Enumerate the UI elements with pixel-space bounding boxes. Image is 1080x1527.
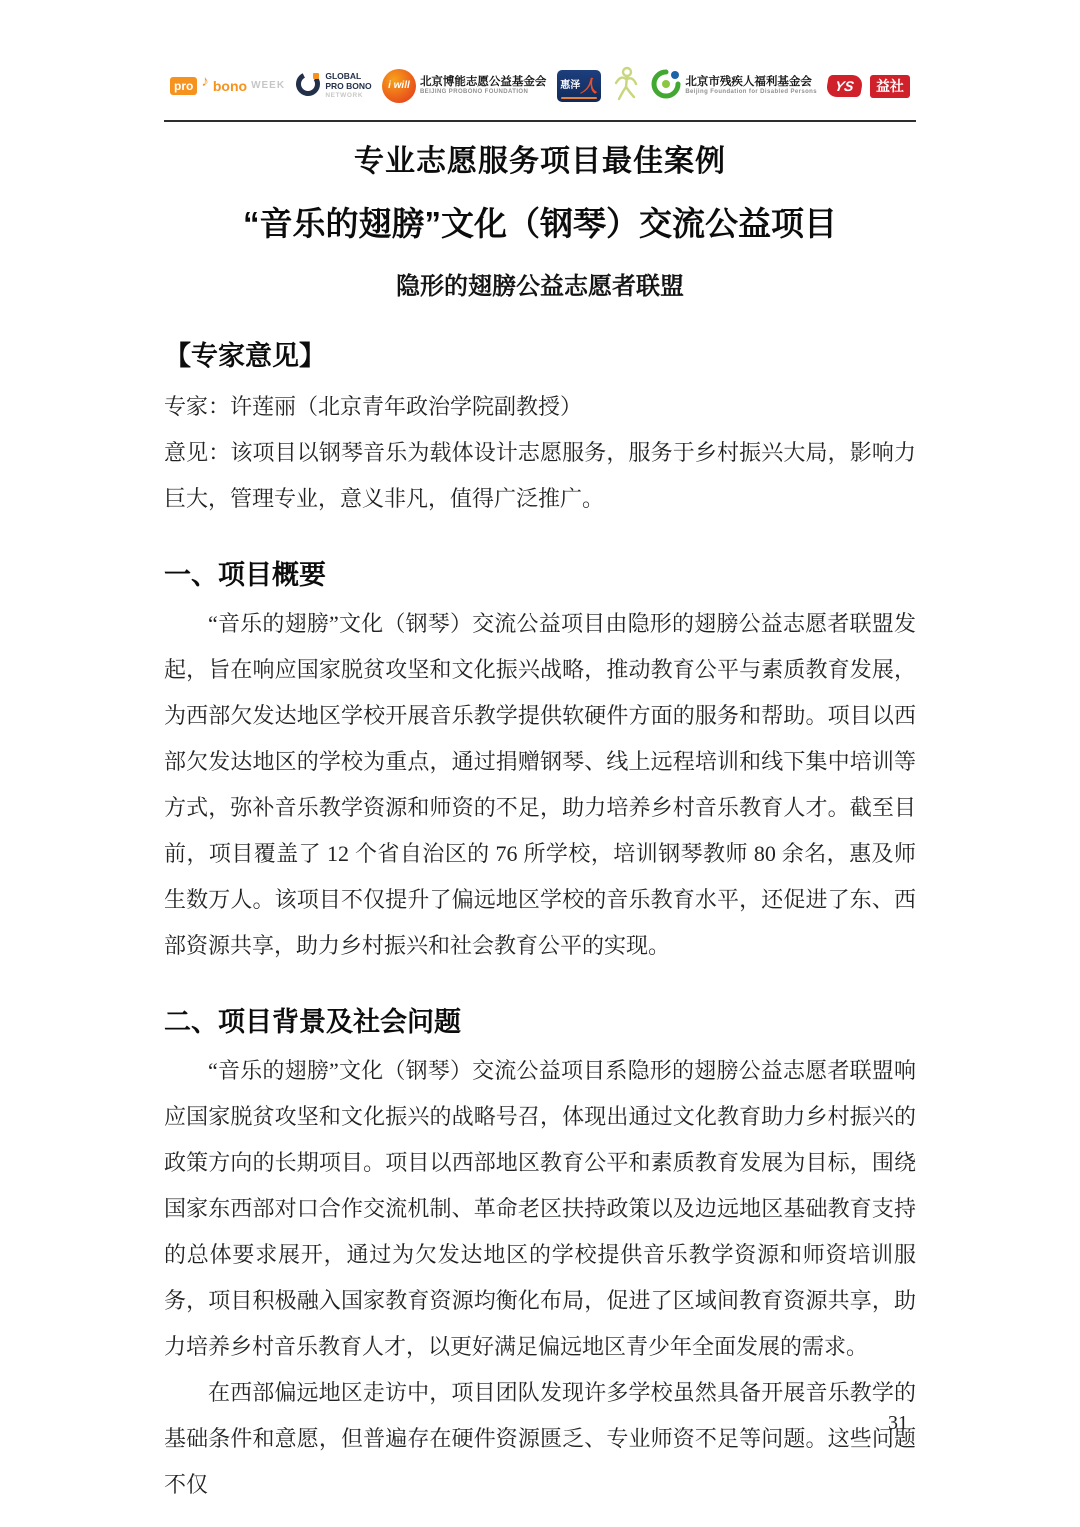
header-divider xyxy=(164,120,916,122)
page-number: 31 xyxy=(888,1412,908,1435)
section-1-heading: 一、项目概要 xyxy=(164,558,916,593)
pro-bono-week-pro-badge: pro xyxy=(170,77,197,95)
huizeren-badge-icon: 惠泽 人 xyxy=(557,70,601,102)
person-figure-icon xyxy=(611,66,641,107)
huizeren-logo: 惠泽 人 xyxy=(557,70,601,102)
pro-bono-week-logo: pro ♪ bono WEEK xyxy=(170,77,285,95)
pro-bono-week-week-text: WEEK xyxy=(251,81,285,91)
section-project-overview: 一、项目概要 “音乐的翅膀”文化（钢琴）交流公益项目由隐形的翅膀公益志愿者联盟发… xyxy=(164,558,916,969)
pro-bono-week-bono-text: bono xyxy=(213,79,247,93)
section-2-paragraph-1: “音乐的翅膀”文化（钢琴）交流公益项目系隐形的翅膀公益志愿者联盟响应国家脱贫攻坚… xyxy=(164,1048,916,1370)
section-2-paragraph-2: 在西部偏远地区走访中，项目团队发现许多学校虽然具备开展音乐教学的基础条件和意愿，… xyxy=(164,1370,916,1508)
disabled-foundation-swirl-icon xyxy=(651,69,681,104)
beijing-probono-cn-text: 北京博能志愿公益基金会 xyxy=(420,75,547,89)
organization-name: 隐形的翅膀公益志愿者联盟 xyxy=(164,271,916,302)
expert-opinion-section: 【专家意见】 专家：许莲丽（北京青年政治学院副教授） 意见：该项目以钢琴音乐为载… xyxy=(164,339,916,522)
project-title: “音乐的翅膀”文化（钢琴）交流公益项目 xyxy=(164,203,916,246)
section-background-social-issues: 二、项目背景及社会问题 “音乐的翅膀”文化（钢琴）交流公益项目系隐形的翅膀公益志… xyxy=(164,1005,916,1508)
partner-logos: pro ♪ bono WEEK GLOBAL PRO BONO NETWORK … xyxy=(164,64,916,108)
page-title: 专业志愿服务项目最佳案例 xyxy=(164,142,916,183)
disabled-foundation-en-text: Beijing Foundation for Disabled Persons xyxy=(685,89,817,97)
expert-opinion-text: 意见：该项目以钢琴音乐为载体设计志愿服务，服务于乡村振兴大局，影响力巨大，管理专… xyxy=(164,430,916,522)
beijing-probono-foundation-logo: i will 北京博能志愿公益基金会 BEIJING PROBONO FOUND… xyxy=(382,69,547,103)
section-2-heading: 二、项目背景及社会问题 xyxy=(164,1005,916,1040)
disabled-persons-foundation-logo: 北京市残疾人福利基金会 Beijing Foundation for Disab… xyxy=(651,69,817,104)
disabled-foundation-cn-text: 北京市残疾人福利基金会 xyxy=(685,75,817,89)
expert-name-line: 专家：许莲丽（北京青年政治学院副教授） xyxy=(164,384,916,430)
global-network-c-icon xyxy=(295,71,321,102)
document-page: pro ♪ bono WEEK GLOBAL PRO BONO NETWORK … xyxy=(0,0,1080,1527)
person-figure-logo xyxy=(611,66,641,107)
ys-swoosh-icon: YS xyxy=(825,75,864,97)
beijing-probono-en-text: BEIJING PROBONO FOUNDATION xyxy=(420,89,547,97)
expert-opinion-heading: 【专家意见】 xyxy=(164,339,916,374)
global-network-text: NETWORK xyxy=(325,92,371,100)
yishe-cn-badge: 益社 xyxy=(870,75,910,98)
section-1-paragraph: “音乐的翅膀”文化（钢琴）交流公益项目由隐形的翅膀公益志愿者联盟发起，旨在响应国… xyxy=(164,601,916,969)
yishe-logo: YS 益社 xyxy=(827,75,910,98)
music-note-icon: ♪ xyxy=(201,75,209,90)
global-pro-bono-network-logo: GLOBAL PRO BONO NETWORK xyxy=(295,71,371,102)
i-will-badge-icon: i will xyxy=(382,69,416,103)
global-pro-bono-text: GLOBAL PRO BONO xyxy=(325,72,371,92)
